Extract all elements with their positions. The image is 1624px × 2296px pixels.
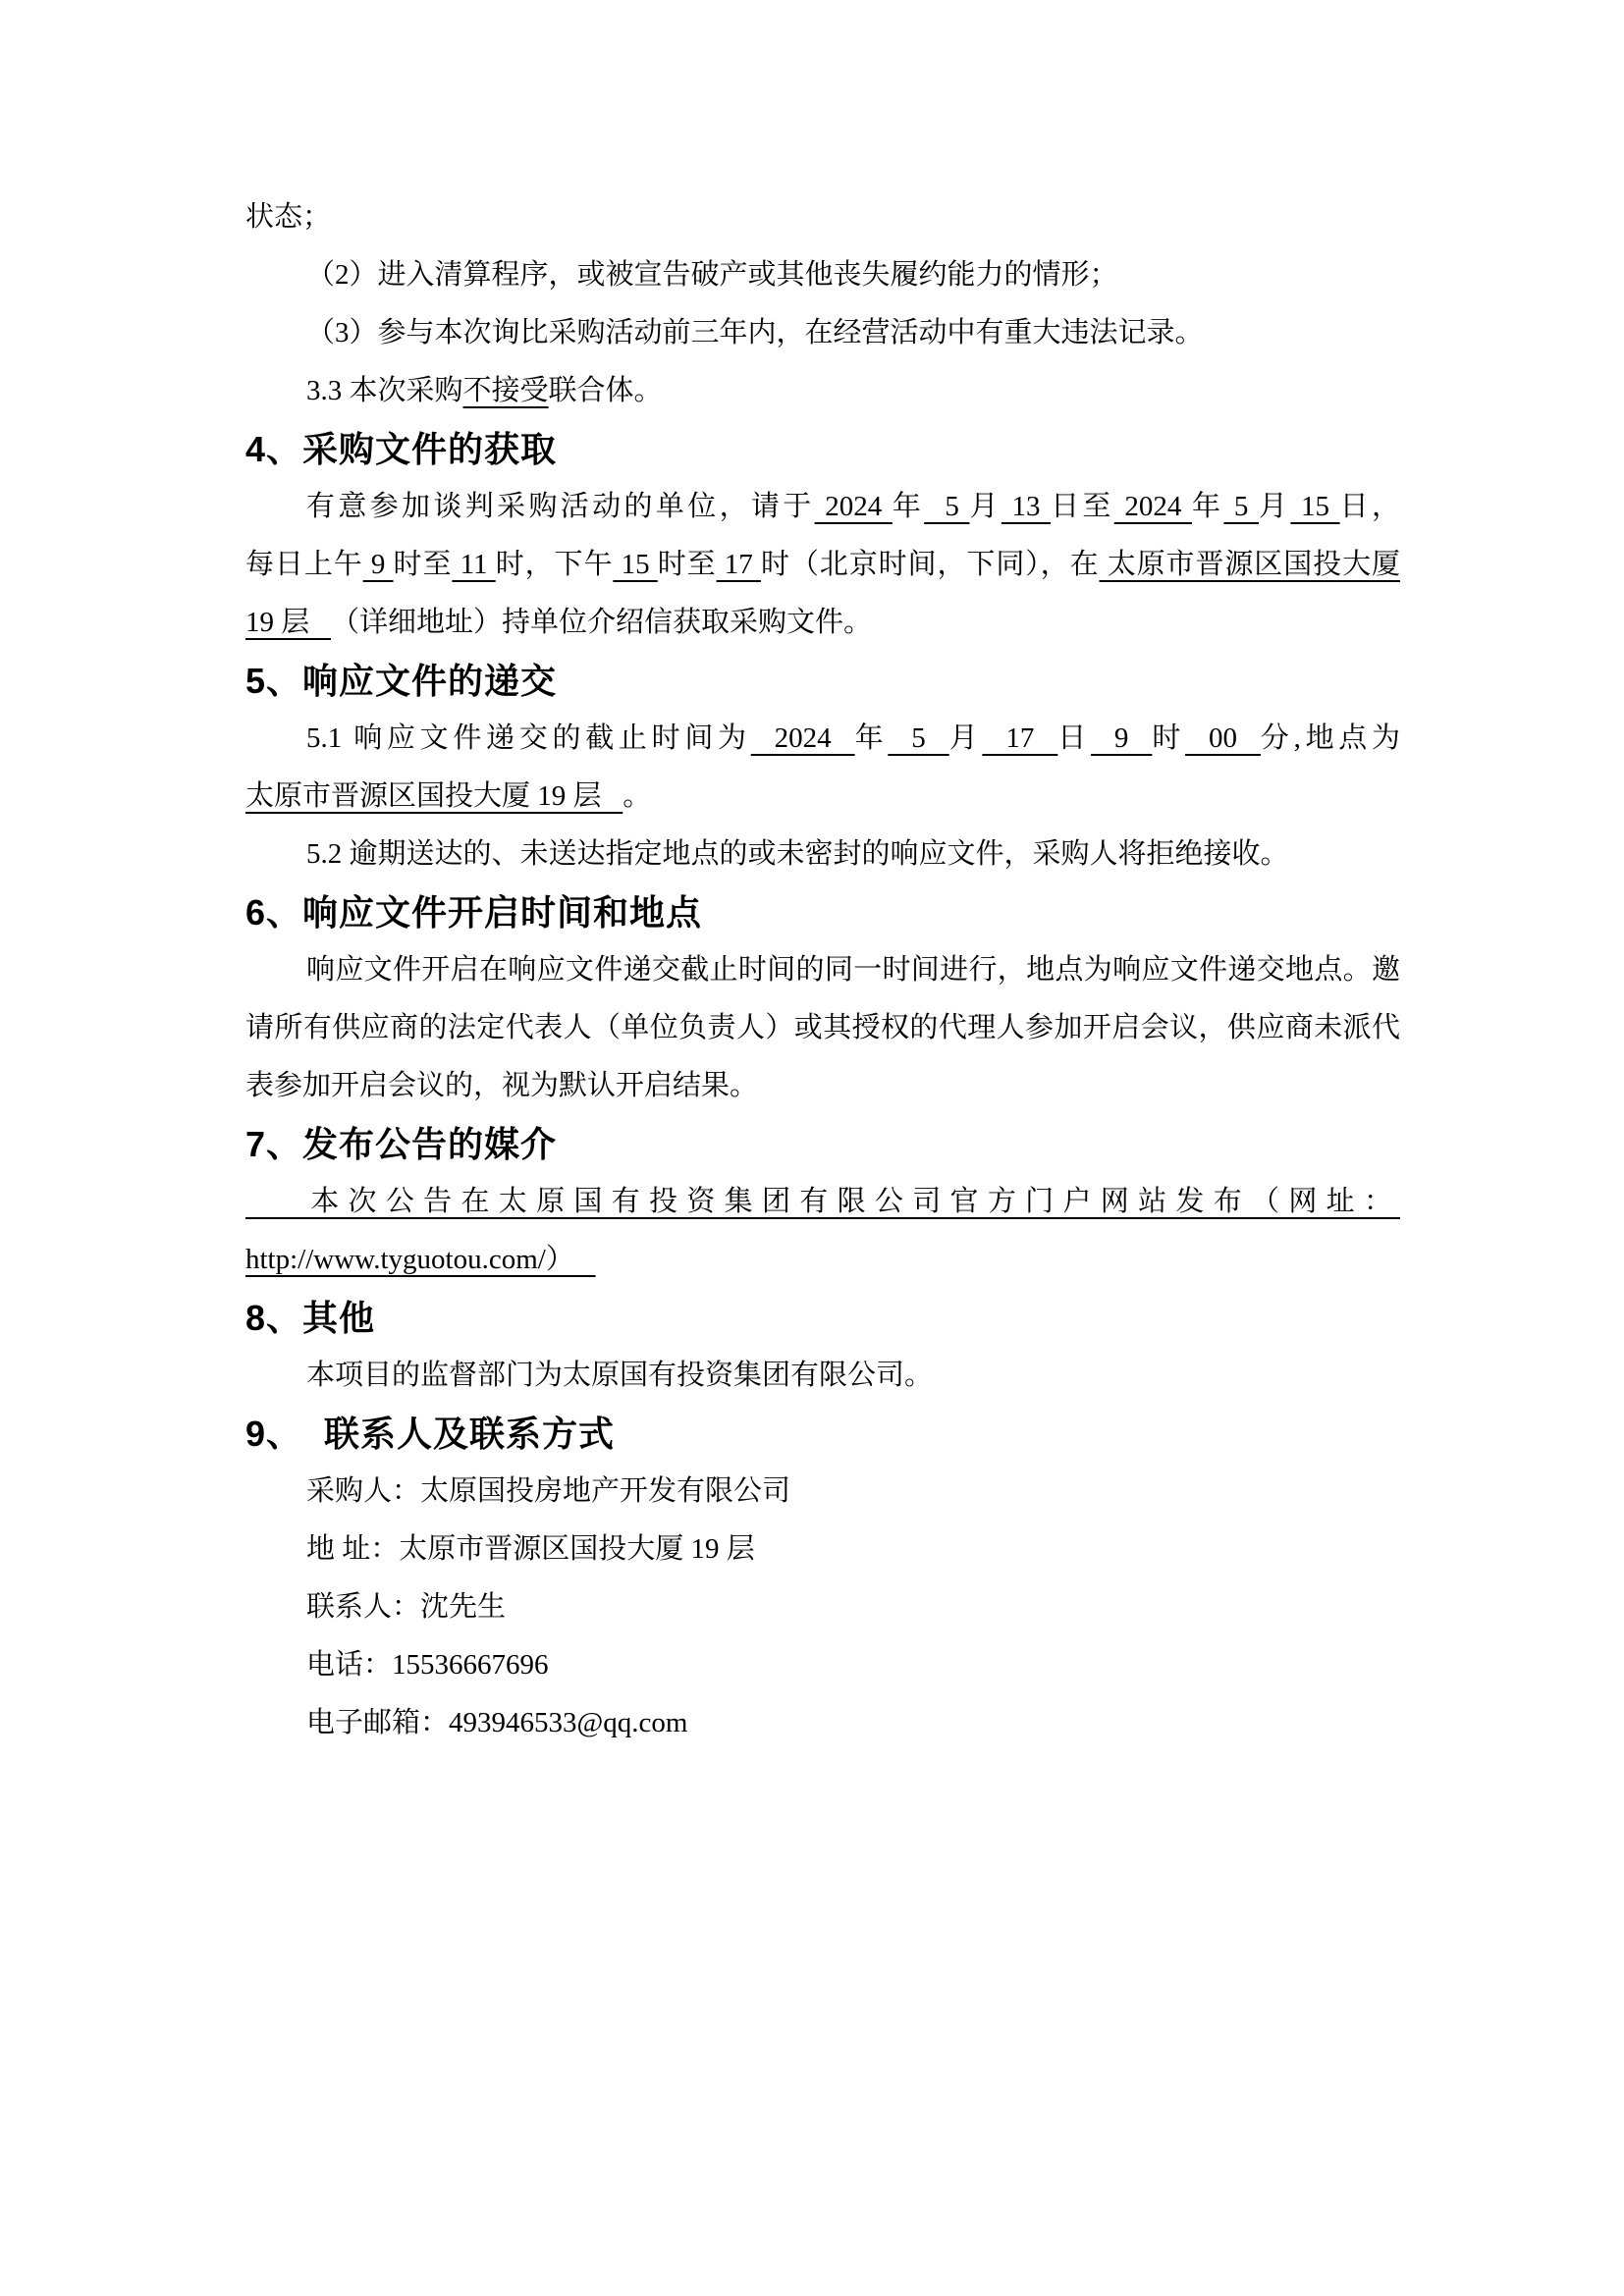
- text-segment: （详细地址）持单位介绍信获取采购文件。: [331, 607, 872, 638]
- underlined-text-segment: 太原市晋源区国投大厦: [1100, 549, 1400, 580]
- text-segment: 5、响应文件的递交: [245, 661, 557, 701]
- para-8-supervision: 本项目的监督部门为太原国有投资集团有限公司。: [245, 1347, 1400, 1405]
- underlined-text-segment: 15: [613, 549, 657, 580]
- para-5-1-deadline: 5.1 响应文件递交的截止时间为 2024 年 5 月 17 日 9 时 00 …: [245, 710, 1400, 768]
- heading-6-opening-time-place: 6、响应文件开启时间和地点: [245, 883, 1400, 941]
- text-segment: （3）参与本次询比采购活动前三年内，在经营活动中有重大违法记录。: [306, 317, 1204, 348]
- para-7-media-url: http://www.tyguotou.com/）: [245, 1231, 1400, 1289]
- contact-address: 地 址：太原市晋源区国投大厦 19 层: [245, 1521, 1400, 1578]
- underlined-text-segment: 5: [924, 491, 969, 522]
- text-segment: 电话：15536667696: [306, 1649, 549, 1681]
- text-segment: 3.3 本次采购: [306, 375, 463, 406]
- text-segment: 月: [1259, 491, 1290, 522]
- text-segment: 时（北京时间，下同），在: [761, 549, 1100, 580]
- text-segment: 6、响应文件开启时间和地点: [245, 892, 702, 933]
- text-segment: 5.1 响应文件递交的截止时间为: [306, 722, 751, 754]
- text-segment: 年: [1192, 491, 1223, 522]
- para-3-3-no-consortium: 3.3 本次采购不接受联合体。: [245, 362, 1400, 420]
- text-segment: 时至: [394, 549, 453, 580]
- text-segment: 本项目的监督部门为太原国有投资集团有限公司。: [306, 1360, 933, 1391]
- text-segment: 5.2 逾期送达的、未送达指定地点的或未密封的响应文件，采购人将拒绝接收。: [306, 838, 1289, 870]
- heading-5-response-submission: 5、响应文件的递交: [245, 652, 1400, 710]
- text-segment: 4、采购文件的获取: [245, 429, 557, 469]
- text-segment: 时，下午: [496, 549, 614, 580]
- para-6-opening-line2: 请所有供应商的法定代表人（单位负责人）或其授权的代理人参加开启会议，供应商未派代: [245, 999, 1400, 1057]
- para-6-opening-line3: 表参加开启会议的，视为默认开启结果。: [245, 1057, 1400, 1115]
- para-5-2-rejection: 5.2 逾期送达的、未送达指定地点的或未密封的响应文件，采购人将拒绝接收。: [245, 826, 1400, 883]
- underlined-text-segment: 9: [363, 549, 394, 580]
- text-segment: 日，: [1340, 491, 1400, 522]
- para-4-acquisition-line1: 有意参加谈判采购活动的单位，请于 2024 年 5 月 13 日至 2024 年…: [245, 478, 1400, 536]
- para-7-media-line1: 本次公告在太原国有投资集团有限公司官方门户网站发布（网址：: [245, 1173, 1400, 1231]
- text-segment: 有意参加谈判采购活动的单位，请于: [306, 491, 815, 522]
- underlined-text-segment: 2024: [1114, 491, 1192, 522]
- text-segment: 联系人：沈先生: [306, 1591, 506, 1623]
- heading-4-document-acquisition: 4、采购文件的获取: [245, 420, 1400, 478]
- heading-7-announcement-media: 7、发布公告的媒介: [245, 1115, 1400, 1173]
- para-6-opening-line1: 响应文件开启在响应文件递交截止时间的同一时间进行，地点为响应文件递交地点。邀: [245, 941, 1400, 999]
- text-segment: 状态；: [245, 201, 331, 233]
- text-segment: 地 址：太原市晋源区国投大厦 19 层: [306, 1533, 755, 1565]
- para-condition-2: （2）进入清算程序，或被宣告破产或其他丧失履约能力的情形；: [245, 246, 1400, 304]
- text-segment: 日至: [1051, 491, 1114, 522]
- contact-purchaser: 采购人：太原国投房地产开发有限公司: [245, 1463, 1400, 1521]
- text-segment: 7、发布公告的媒介: [245, 1124, 557, 1164]
- document-content: 状态；（2）进入清算程序，或被宣告破产或其他丧失履约能力的情形；（3）参与本次询…: [245, 188, 1400, 1752]
- text-segment: 分,地点为: [1261, 722, 1400, 754]
- underlined-text-segment: 19 层: [245, 607, 331, 638]
- para-4-acquisition-line2: 每日上午 9 时至 11 时，下午 15 时至 17 时（北京时间，下同），在 …: [245, 536, 1400, 594]
- para-4-acquisition-line3: 19 层 （详细地址）持单位介绍信获取采购文件。: [245, 594, 1400, 652]
- underlined-text-segment: 15: [1290, 491, 1339, 522]
- underlined-text-segment: 13: [1001, 491, 1051, 522]
- text-segment: 年: [893, 491, 924, 522]
- text-segment: 年: [855, 722, 889, 754]
- document-page: 状态；（2）进入清算程序，或被宣告破产或其他丧失履约能力的情形；（3）参与本次询…: [0, 0, 1624, 2296]
- text-segment: 8、其他: [245, 1298, 375, 1338]
- text-segment: 响应文件开启在响应文件递交截止时间的同一时间进行，地点为响应文件递交地点。邀: [306, 954, 1400, 986]
- contact-phone: 电话：15536667696: [245, 1636, 1400, 1694]
- underlined-text-segment: 5: [1223, 491, 1259, 522]
- underlined-text-segment: 2024: [815, 491, 893, 522]
- underlined-text-segment: http://www.tyguotou.com/）: [245, 1244, 596, 1275]
- text-segment: 时: [1152, 722, 1185, 754]
- text-segment: 联合体。: [549, 375, 663, 406]
- text-segment: 每日上午: [245, 549, 363, 580]
- underlined-text-segment: 11: [452, 549, 495, 580]
- underlined-text-segment: 00: [1185, 722, 1261, 754]
- text-segment: 9、 联系人及联系方式: [245, 1414, 615, 1454]
- text-segment: 日: [1057, 722, 1091, 754]
- underlined-text-segment: 本次公告在太原国有投资集团有限公司官方门户网站发布（网址：: [245, 1186, 1400, 1217]
- text-segment: 请所有供应商的法定代表人（单位负责人）或其授权的代理人参加开启会议，供应商未派代: [245, 1012, 1400, 1043]
- text-segment: 时至: [658, 549, 717, 580]
- text-segment: 表参加开启会议的，视为默认开启结果。: [245, 1070, 758, 1101]
- contact-person: 联系人：沈先生: [245, 1578, 1400, 1636]
- underlined-text-segment: 9: [1091, 722, 1152, 754]
- text-segment: 。: [623, 780, 651, 812]
- text-segment: （2）进入清算程序，或被宣告破产或其他丧失履约能力的情形；: [306, 259, 1118, 291]
- underlined-text-segment: 2024: [751, 722, 855, 754]
- underlined-text-segment: 太原市晋源区国投大厦 19 层: [245, 780, 623, 812]
- underlined-text-segment: 17: [982, 722, 1057, 754]
- contact-email: 电子邮箱：493946533@qq.com: [245, 1694, 1400, 1752]
- para-status-tail: 状态；: [245, 188, 1400, 246]
- underlined-text-segment: 不接受: [463, 375, 549, 406]
- text-segment: 采购人：太原国投房地产开发有限公司: [306, 1475, 790, 1507]
- text-segment: 月: [949, 722, 983, 754]
- text-segment: 电子邮箱：493946533@qq.com: [306, 1707, 687, 1738]
- heading-8-other: 8、其他: [245, 1289, 1400, 1347]
- underlined-text-segment: 17: [717, 549, 761, 580]
- para-condition-3: （3）参与本次询比采购活动前三年内，在经营活动中有重大违法记录。: [245, 304, 1400, 362]
- underlined-text-segment: 5: [888, 722, 948, 754]
- heading-9-contact: 9、 联系人及联系方式: [245, 1405, 1400, 1463]
- para-5-1-location: 太原市晋源区国投大厦 19 层 。: [245, 768, 1400, 826]
- text-segment: 月: [970, 491, 1001, 522]
